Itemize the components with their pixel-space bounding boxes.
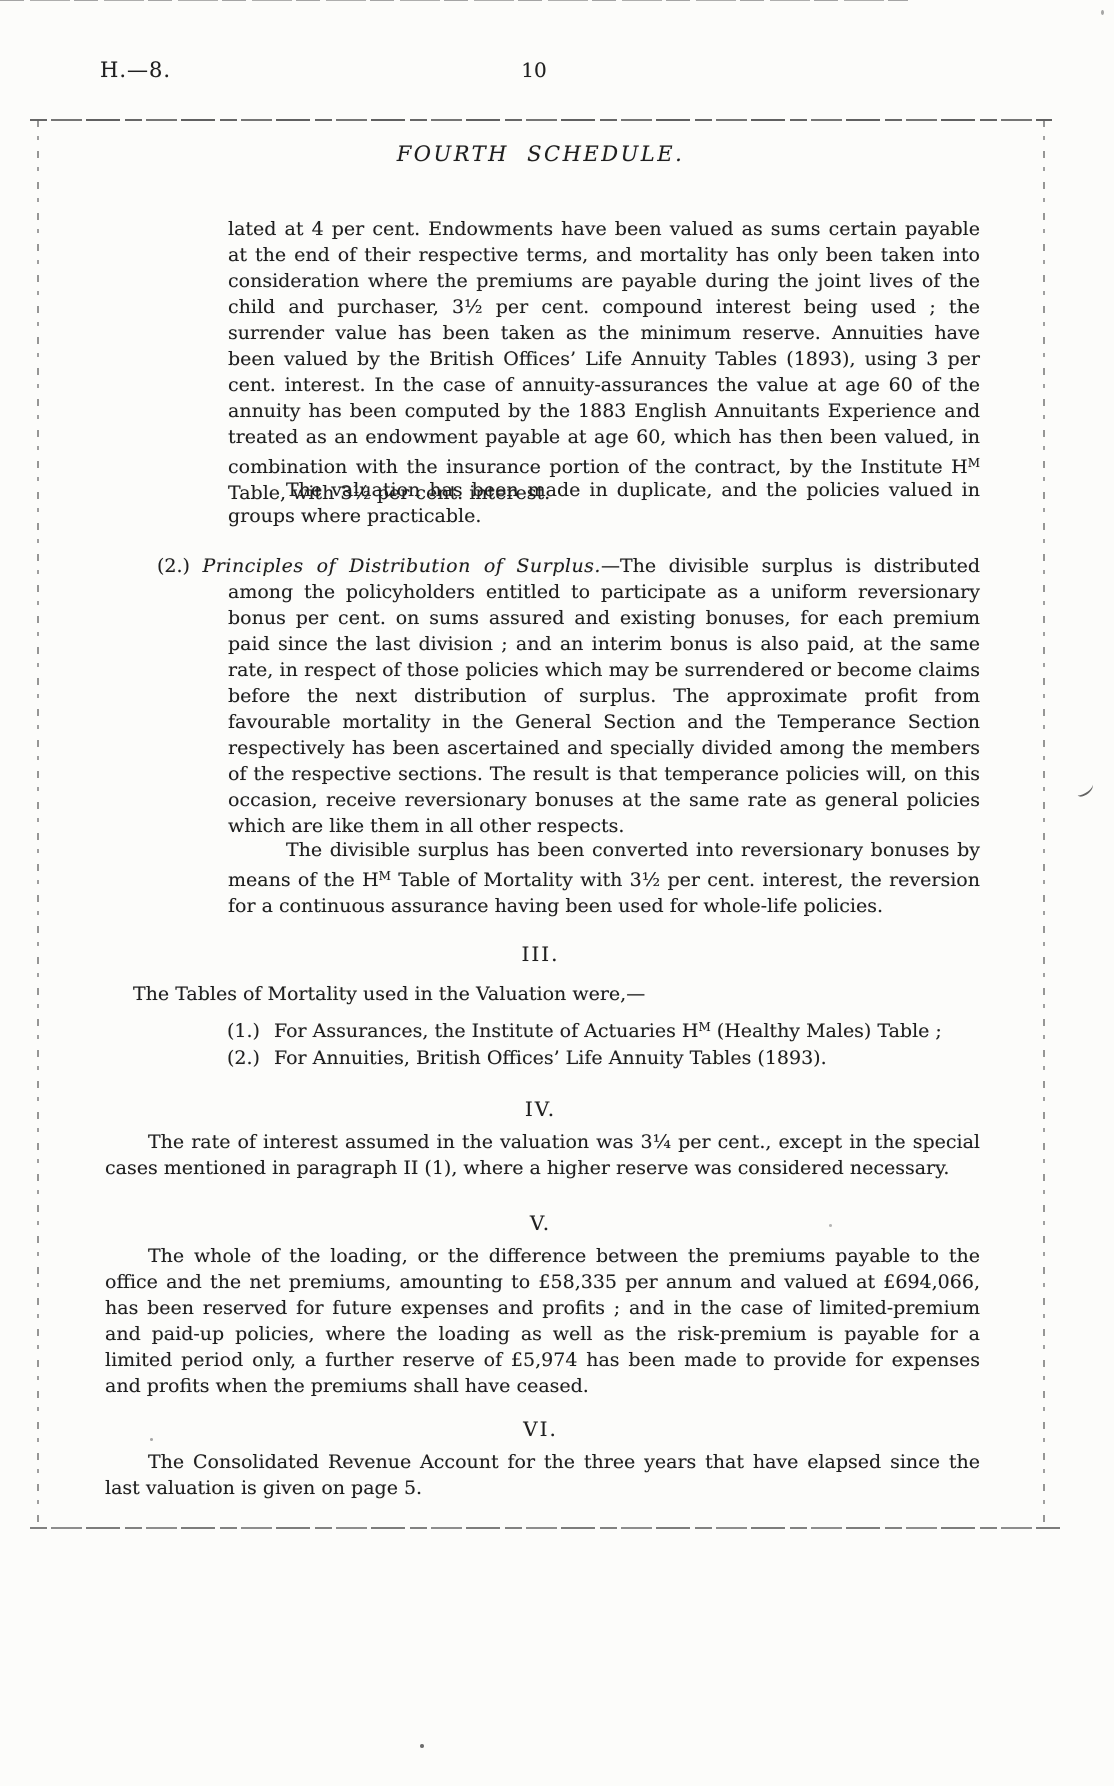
scan-speck: [420, 1744, 424, 1748]
item-label: (2.): [157, 555, 190, 577]
section-iii-intro: The Tables of Mortality used in the Valu…: [133, 981, 993, 1007]
scan-speck: [150, 1438, 153, 1441]
bottom-rule: [30, 1527, 1060, 1529]
document-reference: H.—8.: [100, 58, 171, 82]
top-rule: [30, 119, 1052, 121]
section-v-text: The whole of the loading, or the differe…: [105, 1243, 980, 1399]
paragraph-surplus-conversion: The divisible surplus has been converted…: [228, 837, 980, 919]
schedule-title: FOURTH SCHEDULE.: [38, 142, 1043, 166]
scan-speck: [829, 1224, 832, 1227]
scan-speck: [1101, 10, 1104, 15]
section-iii-item-assurances: (1.)For Assurances, the Institute of Act…: [227, 1014, 942, 1044]
section-vi-text: The Consolidated Revenue Account for the…: [105, 1449, 980, 1501]
section-heading-iii: III.: [38, 942, 1043, 966]
page-number: 10: [484, 58, 584, 82]
item-label: (1.): [227, 1020, 260, 1042]
left-border-rule: [37, 120, 39, 1528]
paragraph-endowments-valuation: lated at 4 per cent. Endowments have bee…: [228, 216, 980, 506]
item-principles-of-distribution: (2.) Principles of Distribution of Surpl…: [228, 553, 980, 839]
section-iii-item-annuities: (2.)For Annuities, British Offices’ Life…: [227, 1045, 827, 1071]
paragraph-valuation-duplicate: The valuation has been made in duplicate…: [228, 477, 980, 529]
item-label: (2.): [227, 1047, 260, 1069]
scanned-document-page: H.—8. 10 FOURTH SCHEDULE. lated at 4 per…: [0, 0, 1114, 1786]
item-title: Principles of Distribution of Surplus.: [203, 555, 601, 577]
ink-mark: [1075, 781, 1096, 798]
title-underline-rule: [0, 0, 908, 1]
section-heading-v: V.: [38, 1211, 1043, 1235]
section-heading-vi: VI.: [38, 1417, 1043, 1441]
right-border-rule: [1043, 120, 1045, 1528]
item-text: For Assurances, the Institute of Actuari…: [274, 1020, 942, 1042]
item-text: For Annuities, British Offices’ Life Ann…: [274, 1047, 827, 1069]
section-heading-iv: IV.: [38, 1097, 1043, 1121]
section-iv-text: The rate of interest assumed in the valu…: [105, 1129, 980, 1181]
item-text: —The divisible surplus is distributed am…: [228, 555, 980, 837]
